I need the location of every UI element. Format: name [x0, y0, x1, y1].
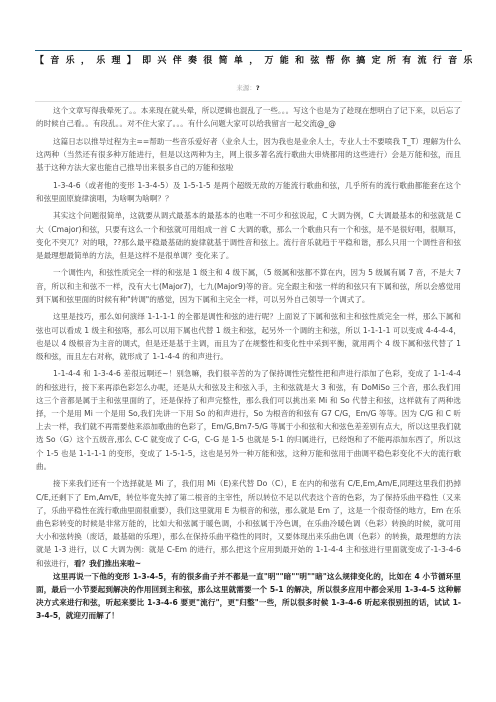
paragraph-4: 其实这个问题很简单，这就要从调式最基本的最基本的也唯一不可少和弦说起，C 大调为…: [36, 209, 461, 262]
paragraph-8-emphasis: 看？我们推出来啦~: [74, 559, 141, 568]
document-title: 【音乐，乐理】即兴伴奏很简单，万能和弦帮你搞定所有流行音乐: [35, 54, 462, 68]
paragraph-5: 一个调性内，和弦性质完全一样的和弦是 1 级主和 4 级下属，（5 级属和弦都不…: [36, 266, 461, 306]
paragraph-6: 这里是技巧，那么如何演绎 1-1-1-1 的全都是调性和弦的进行呢？上面说了下属…: [36, 310, 461, 363]
paragraph-3: 1-3-4-6（或者他的变形 1-3-4-5）及 1-5-1-5 是两个超级无敌…: [36, 179, 461, 205]
article-body: 这个文章写得我晕死了。。本来现在就头晕，所以逻辑也混乱了一些。。。写这个也是为了…: [36, 104, 461, 627]
paragraph-8: 接下来我们还有一个选择就是 Mi 了，我们用 Mi（E)来代替 Do（C），E …: [36, 477, 461, 569]
header-divider: [35, 101, 462, 102]
paragraph-2: 这篇日志以推导过程为主==帮助一些音乐爱好者（业余人士，因为我也是业余人士，专业…: [36, 135, 461, 175]
paragraph-9: 这里再说一下他的变形 1-3-4-5，有的很多曲子并不都是一直"明""暗""明"…: [36, 570, 461, 623]
paragraph-7: 1-1-4-4 和 1-3-4-6 差很远啊还~！别急嘛，我们很辛苦的为了保持调…: [36, 367, 461, 473]
paragraph-1: 这个文章写得我晕死了。。本来现在就头晕，所以逻辑也混乱了一些。。。写这个也是为了…: [36, 104, 461, 130]
title-top-rule: [35, 50, 462, 51]
source-line: 来源：?: [0, 83, 496, 93]
source-label: 来源：: [236, 84, 256, 92]
paragraph-8-text: 接下来我们还有一个选择就是 Mi 了，我们用 Mi（E)来代替 Do（C），E …: [36, 479, 461, 567]
source-value: ?: [256, 84, 260, 92]
